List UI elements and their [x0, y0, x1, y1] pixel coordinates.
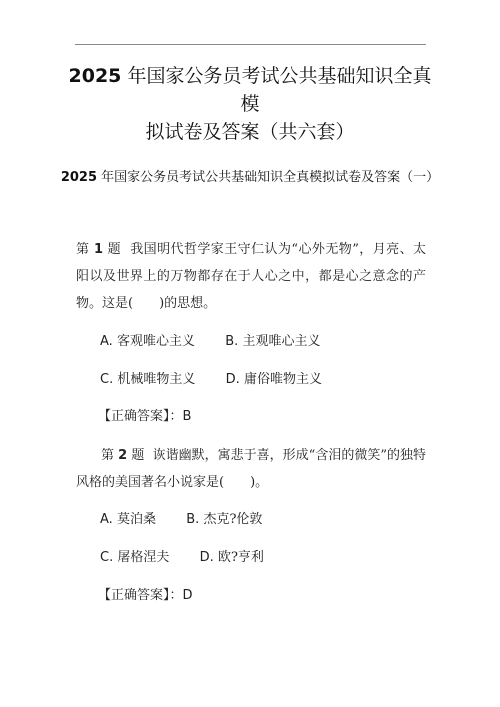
- option-text: 主观唯心主义: [242, 334, 320, 349]
- section-subtitle: 2025 年国家公务员考试公共基础知识全真模拟试卷及答案（一）: [40, 168, 460, 188]
- document-title: 2025 年国家公务员考试公共基础知识全真模 拟试卷及答案（共六套）: [60, 62, 440, 146]
- question-number: 1: [94, 242, 103, 257]
- option-letter: B.: [186, 512, 199, 527]
- option-letter: C.: [100, 372, 113, 387]
- question-number-suffix: 题: [131, 448, 144, 463]
- option-letter: B.: [225, 334, 238, 349]
- option-letter: D.: [226, 372, 240, 387]
- question-2-options-row-1: A. 莫泊桑 B. 杰克?伦敦: [100, 510, 262, 530]
- subtitle-text: 年国家公务员考试公共基础知识全真模拟试卷及答案（一）: [101, 170, 439, 185]
- document-title-line-2: 拟试卷及答案（共六套）: [60, 118, 440, 146]
- option-text: 机械唯物主义: [117, 372, 195, 387]
- answer-value: D: [183, 588, 193, 603]
- question-number-suffix: 题: [108, 242, 121, 257]
- title-line-1-text: 年国家公务员考试公共基础知识全真模: [127, 65, 431, 115]
- question-number-prefix: 第: [101, 448, 114, 463]
- option-text: 庸俗唯物主义: [244, 372, 322, 387]
- answer-label: 【正确答案】：: [98, 588, 183, 603]
- subtitle-year: 2025: [61, 170, 97, 185]
- question-1-options-row-2: C. 机械唯物主义 D. 庸俗唯物主义: [100, 370, 322, 390]
- option-text: 客观唯心主义: [117, 334, 195, 349]
- option-letter: A.: [100, 334, 113, 349]
- option-text: 屠格涅夫: [117, 550, 169, 565]
- answer-value: B: [183, 409, 192, 424]
- question-2: 第 2 题 诙谐幽默，寓悲于喜，形成“含泪的微笑”的独特风格的美国著名小说家是(…: [76, 442, 426, 496]
- option-text: 欧?亨利: [218, 550, 264, 565]
- answer-label: 【正确答案】：: [98, 409, 183, 424]
- question-text: 诙谐幽默，寓悲于喜，形成“含泪的微笑”的独特风格的美国著名小说家是( )。: [76, 448, 426, 490]
- question-text: 我国明代哲学家王守仁认为“心外无物”，月亮、太阳以及世界上的万物都存在于人心之中…: [76, 242, 426, 311]
- option-letter: D.: [200, 550, 214, 565]
- question-number-prefix: 第: [76, 242, 89, 257]
- option-text: 莫泊桑: [117, 512, 156, 527]
- question-1-options-row-1: A. 客观唯心主义 B. 主观唯心主义: [100, 332, 320, 352]
- question-1: 第 1 题 我国明代哲学家王守仁认为“心外无物”，月亮、太阳以及世界上的万物都存…: [76, 236, 426, 317]
- option-letter: C.: [100, 550, 113, 565]
- option-letter: A.: [100, 512, 113, 527]
- question-1-answer: 【正确答案】：B: [98, 407, 191, 427]
- title-year: 2025: [69, 65, 122, 87]
- question-2-options-row-2: C. 屠格涅夫 D. 欧?亨利: [100, 548, 264, 568]
- option-text: 杰克?伦敦: [203, 512, 262, 527]
- question-2-answer: 【正确答案】：D: [98, 586, 193, 606]
- question-number: 2: [118, 448, 127, 463]
- document-title-line-1: 2025 年国家公务员考试公共基础知识全真模: [60, 62, 440, 118]
- document-page: 2025 年国家公务员考试公共基础知识全真模 拟试卷及答案（共六套） 2025 …: [0, 0, 500, 707]
- header-rule: [75, 44, 426, 45]
